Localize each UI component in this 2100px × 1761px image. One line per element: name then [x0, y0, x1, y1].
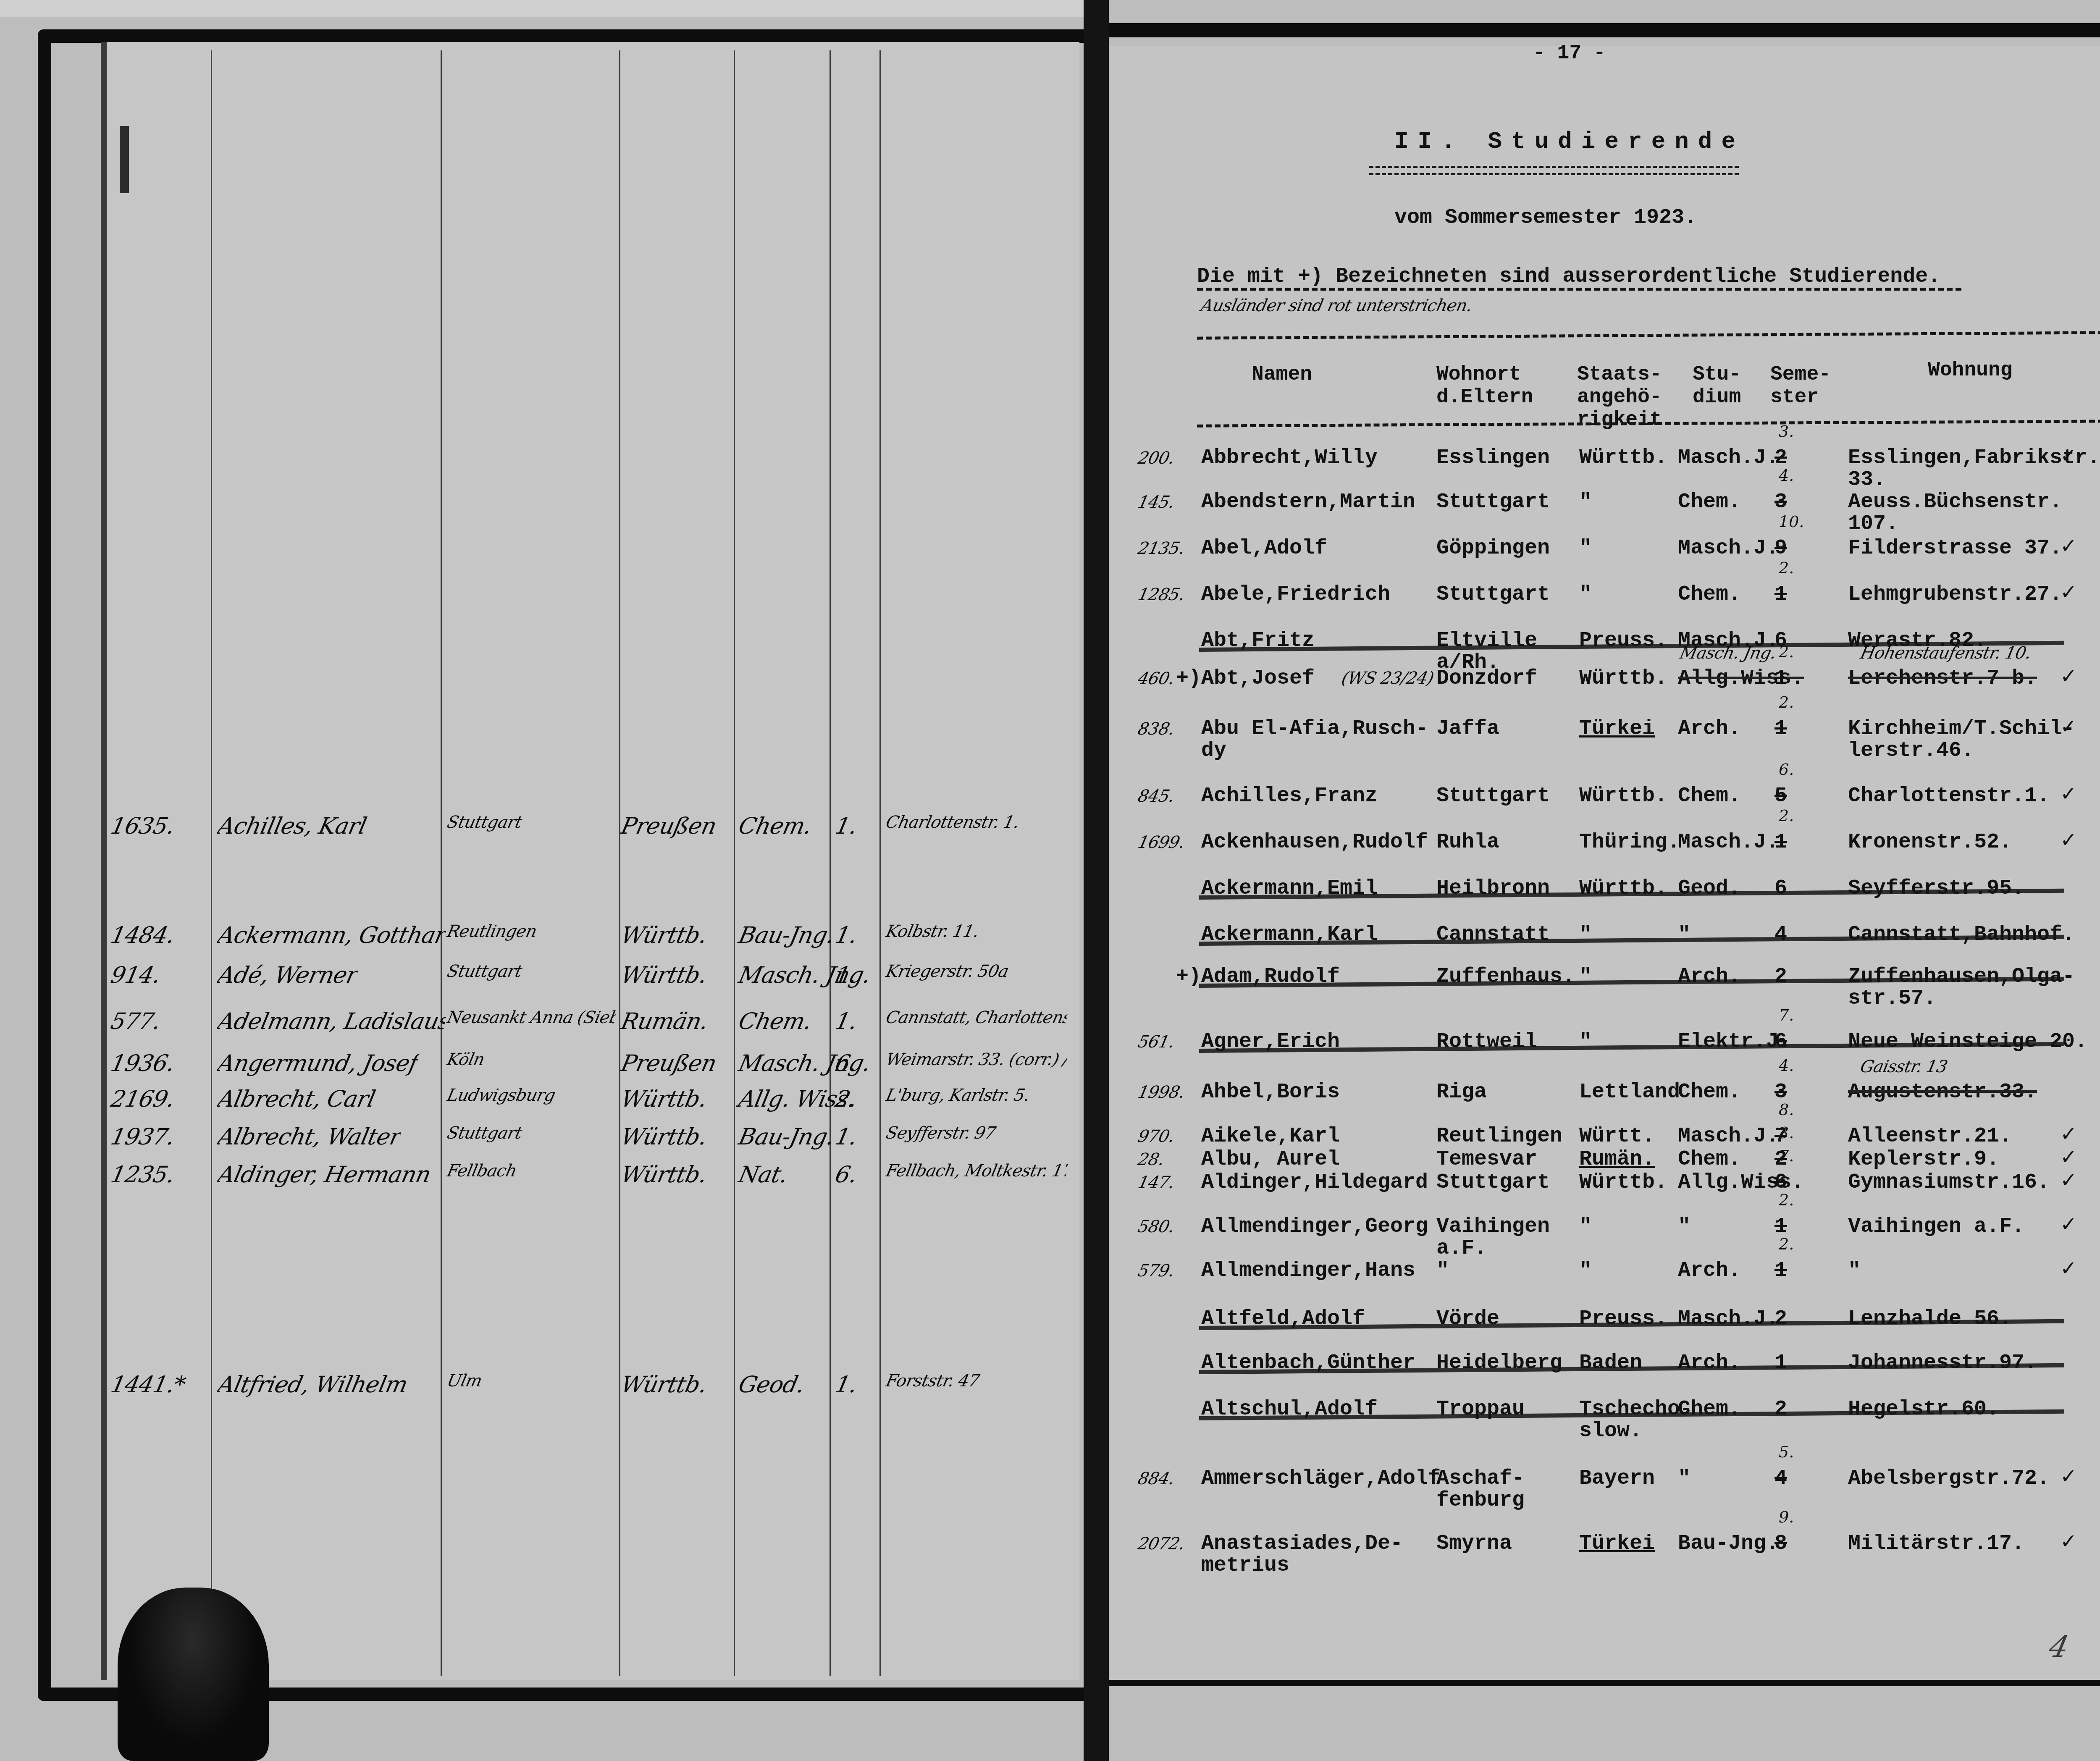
- cell-studium: Masch.J.: [1678, 832, 1779, 853]
- cell-staat: ": [1579, 1216, 1592, 1238]
- left-entry-wohnung: Fellbach, Moltkestr. 17.: [884, 1161, 1069, 1181]
- cell-staat: Württ.: [1579, 1126, 1655, 1147]
- cell-wohnung: Filderstrasse 37.: [1848, 538, 2062, 559]
- cell-nr: 845.: [1136, 785, 1176, 807]
- cell-name: Abele,Friedrich: [1201, 584, 1390, 606]
- cell-semester: 1: [1774, 718, 1787, 740]
- cell-wohnung: Kirchheim/T.Schil- lerstr.46.: [1848, 718, 2075, 762]
- semester-correction: 4.: [1779, 466, 1794, 485]
- cell-studium: Chem.: [1678, 1149, 1741, 1171]
- cell-name: Allmendinger,Georg: [1201, 1216, 1428, 1238]
- cell-wohnung: Gymnasiumstr.16.: [1848, 1172, 2050, 1194]
- semester-correction: 6.: [1779, 760, 1794, 779]
- cell-wohnort: Riga: [1436, 1081, 1487, 1103]
- cell-staat: Tschecho- slow.: [1579, 1399, 1693, 1442]
- cell-wohnung: ": [1848, 1260, 1861, 1282]
- checkmark-icon: ✓: [2060, 1168, 2077, 1192]
- cell-name: Achilles,Franz: [1201, 785, 1378, 807]
- cell-wohnung: Zuffenhausen,Olga- str.57.: [1848, 966, 2075, 1010]
- cell-semester: 4: [1774, 924, 1787, 946]
- cell-wohnung: Vaihingen a.F.: [1848, 1216, 2024, 1238]
- column-ruling-line: [734, 50, 735, 1676]
- left-entry-wohnort: Neusankt Anna (Siebenb.): [445, 1008, 617, 1027]
- cell-studium: ": [1678, 924, 1690, 946]
- column-ruling-line: [211, 50, 212, 1676]
- cell-semester: 2: [1774, 1308, 1787, 1330]
- left-entry-studium: Geod.: [736, 1371, 807, 1398]
- column-header-staatsangehoerigkeit: Staats- angehö- rigkeit: [1577, 363, 1662, 431]
- cell-nr: 1285.: [1136, 584, 1186, 606]
- checkmark-icon: ✓: [2060, 580, 2077, 604]
- left-entry-wohnung: Charlottenstr. 1.: [884, 813, 1021, 832]
- cell-wohnort: Stuttgart: [1436, 785, 1550, 807]
- cell-name: Abendstern,Martin: [1201, 491, 1415, 513]
- cell-semester: 8: [1774, 1533, 1787, 1555]
- left-entry-name: Achilles, Karl: [215, 813, 369, 839]
- wohnung-correction: Hohenstaufenstr. 10.: [1858, 643, 2033, 663]
- left-entry-studium: Chem.: [736, 813, 814, 839]
- cell-name: Abt,Josef: [1201, 668, 1315, 690]
- left-entry-name: Adé, Werner: [215, 962, 360, 988]
- binding-tab: [120, 126, 129, 193]
- cell-wohnort: ": [1436, 1260, 1449, 1282]
- left-entry-name: Angermund, Josef: [215, 1050, 420, 1076]
- semester-correction: 5.: [1779, 1443, 1794, 1461]
- left-entry-staat: Rumän.: [619, 1008, 710, 1034]
- checkmark-icon: ✓: [2060, 1464, 2077, 1488]
- cell-wohnung: Charlottenstr.1.: [1848, 785, 2050, 807]
- column-ruling-line: [619, 50, 620, 1676]
- left-entry-wohnung: Cannstatt, Charlottenstr. (struck): [884, 1008, 1069, 1027]
- cell-wohnort: Ruhla: [1436, 832, 1499, 853]
- cell-name: Ahbel,Boris: [1201, 1081, 1340, 1103]
- cell-semester: 3: [1774, 491, 1787, 513]
- left-entry-wohnung: Kolbstr. 11.: [884, 922, 980, 941]
- cell-wohnung: Lerchenstr.7 b.: [1848, 668, 2037, 690]
- cell-staat: Rumän.: [1579, 1149, 1655, 1171]
- checkmark-icon: ✓: [2060, 444, 2077, 467]
- cell-nr: 145.: [1136, 491, 1176, 513]
- cell-wohnung: Aeuss.Büchsenstr. 107.: [1848, 491, 2062, 535]
- cell-studium: Masch.J.: [1678, 1126, 1779, 1147]
- semester-correction: 8.: [1779, 1100, 1794, 1119]
- semester-correction: 2.: [1779, 643, 1794, 661]
- left-entry-wohnort: Ludwigsburg: [445, 1086, 557, 1105]
- semester-correction: 3.: [1779, 1123, 1794, 1142]
- left-entry-nr: 2169.: [108, 1086, 177, 1112]
- column-ruling-line: [879, 50, 881, 1676]
- cell-nr: 561.: [1136, 1031, 1176, 1053]
- column-header-namen: Namen: [1252, 363, 1312, 386]
- cell-wohnort: Stuttgart: [1436, 584, 1550, 606]
- cell-wohnort: Jaffa: [1436, 718, 1499, 740]
- cell-nr: 147.: [1136, 1172, 1176, 1194]
- cell-nr: 580.: [1136, 1216, 1176, 1238]
- cell-studium: Chem.: [1678, 1081, 1741, 1103]
- cell-staat: Türkei: [1579, 1533, 1655, 1555]
- cell-staat: Württb.: [1579, 785, 1667, 807]
- cell-nr: 884.: [1136, 1468, 1176, 1490]
- cell-staat: Württb.: [1579, 447, 1667, 469]
- cell-nr: 1699.: [1136, 832, 1186, 853]
- cell-staat: Bayern: [1579, 1468, 1655, 1490]
- left-entry-studium: Bau-Jng.: [736, 922, 836, 948]
- cell-staat: Lettland: [1579, 1081, 1680, 1103]
- left-entry-nr: 577.: [108, 1008, 163, 1034]
- cell-wohnung: Hegelstr.60.: [1848, 1399, 1999, 1420]
- left-entry-name: Albrecht, Carl: [215, 1086, 378, 1112]
- cell-wohnung: Abelsbergstr.72.: [1848, 1468, 2050, 1490]
- cell-nr: 838.: [1136, 718, 1176, 740]
- left-entry-studium: Nat.: [736, 1161, 790, 1188]
- left-entry-nr: 1484.: [108, 922, 177, 948]
- cell-name: Abbrecht,Willy: [1201, 447, 1378, 469]
- cell-wohnort: Esslingen: [1436, 447, 1550, 469]
- cell-wohnung: Lenzhalde 56.: [1848, 1308, 2012, 1330]
- cell-studium: Masch.J.: [1678, 1308, 1779, 1330]
- cell-studium: ": [1678, 1216, 1690, 1238]
- cell-semester: 6: [1774, 878, 1787, 900]
- left-entry-wohnort: Stuttgart: [445, 1123, 524, 1143]
- checkmark-icon: ✓: [2060, 828, 2077, 852]
- left-entry-nr: 1235.: [108, 1161, 177, 1188]
- cell-wohnung: Militärstr.17.: [1848, 1533, 2024, 1555]
- left-entry-staat: Württb.: [619, 1371, 709, 1398]
- cell-wohnort: Göppingen: [1436, 538, 1550, 559]
- left-entry-studium: Bau-Jng.: [736, 1123, 836, 1150]
- book-spine: [1084, 0, 1109, 1761]
- cell-name: Aldinger,Hildegard: [1201, 1172, 1428, 1194]
- cell-nr: 970.: [1136, 1126, 1176, 1147]
- cell-semester: 1: [1774, 584, 1787, 606]
- left-entry-staat: Preußen: [619, 813, 719, 839]
- checkmark-icon: ✓: [2060, 1257, 2077, 1280]
- cell-nr: 579.: [1136, 1260, 1176, 1282]
- column-ruling-line: [441, 50, 442, 1676]
- checkmark-icon: ✓: [2060, 664, 2077, 688]
- semester-correction: 10.: [1779, 512, 1804, 531]
- semester-correction: 2.: [1779, 1235, 1794, 1253]
- left-entry-nr: 914.: [108, 962, 163, 988]
- cell-name: Ammerschläger,Adolf: [1201, 1468, 1441, 1490]
- cell-staat: ": [1579, 491, 1592, 513]
- left-entry-staat: Württb.: [619, 922, 709, 948]
- cell-wohnung: Alleenstr.21.: [1848, 1126, 2012, 1147]
- left-entry-staat: Württb.: [619, 962, 709, 988]
- legend-note: Die mit +) Bezeichneten sind ausserorden…: [1197, 265, 1940, 289]
- semester-correction: 7.: [1779, 1006, 1794, 1024]
- cell-wohnung: Lehmgrubenstr.27.: [1848, 584, 2062, 606]
- cell-wohnung: Seyfferstr.95.: [1848, 878, 2024, 900]
- cell-mark: +): [1176, 668, 1201, 690]
- cell-name: Aikele,Karl: [1201, 1126, 1340, 1147]
- cell-name: Allmendinger,Hans: [1201, 1260, 1415, 1282]
- cell-semester: 2: [1774, 966, 1787, 988]
- cell-mark: +): [1176, 966, 1201, 988]
- left-entry-wohnung: Weimarstr. 33. (corr.) / …str. 31. (stru…: [884, 1050, 1069, 1069]
- cell-studium: Arch.: [1678, 1260, 1741, 1282]
- checkmark-icon: ✓: [2060, 715, 2077, 738]
- cell-wohnort: Stuttgart: [1436, 491, 1550, 513]
- cell-nr: 1998.: [1136, 1081, 1186, 1103]
- wohnung-correction: Gaisstr. 13: [1858, 1057, 1949, 1076]
- checkmark-icon: ✓: [2060, 782, 2077, 806]
- left-entry-nr: 1936.: [108, 1050, 177, 1076]
- cell-semester: 1: [1774, 668, 1787, 690]
- left-entry-staat: Preußen: [619, 1050, 719, 1076]
- cell-studium: Chem.: [1678, 1399, 1741, 1420]
- cell-wohnort: Temesvar: [1436, 1149, 1537, 1171]
- cell-nr: 2072.: [1136, 1533, 1186, 1555]
- left-entry-wohnort: Fellbach: [445, 1161, 518, 1181]
- left-entry-name: Aldinger, Hermann: [215, 1161, 433, 1188]
- semester-correction: 4.: [1779, 1056, 1794, 1075]
- cell-name: Anastasiades,De- metrius: [1201, 1533, 1403, 1577]
- cell-studium: Chem.: [1678, 584, 1741, 606]
- cell-semester: 1: [1774, 1260, 1787, 1282]
- cell-name: Abu El-Afia,Rusch- dy: [1201, 718, 1428, 762]
- semester-correction: 7.: [1779, 1147, 1794, 1165]
- left-entry-nr: 1937.: [108, 1123, 177, 1150]
- semester-correction: 2.: [1779, 1191, 1794, 1209]
- left-page: [101, 42, 1079, 1680]
- cell-name: Ackenhausen,Rudolf: [1201, 832, 1428, 853]
- cell-semester: 1: [1774, 832, 1787, 853]
- cell-studium: Arch.: [1678, 718, 1741, 740]
- left-entry-name: Altfried, Wilhelm: [215, 1371, 410, 1398]
- title-double-rule: [1369, 166, 1739, 175]
- left-entry-wohnung: Kriegerstr. 50a: [884, 962, 1010, 981]
- column-ruling-line: [829, 50, 831, 1676]
- thumb-holding-page: [118, 1588, 269, 1761]
- cell-staat: Württb.: [1579, 668, 1667, 690]
- left-entry-wohnort: Stuttgart: [445, 962, 524, 981]
- cell-staat: ": [1579, 1260, 1592, 1282]
- cell-nr: 460.: [1136, 668, 1176, 690]
- cell-wohnort: Stuttgart: [1436, 1172, 1550, 1194]
- cell-studium: Geod.: [1678, 878, 1741, 900]
- page-number: - 17 -: [1533, 42, 1606, 65]
- cell-studium: Masch.J.: [1678, 538, 1779, 559]
- cell-staat: ": [1579, 538, 1592, 559]
- left-entry-name: Adelmann, Ladislaus: [215, 1008, 448, 1034]
- cell-wohnung: Keplerstr.9.: [1848, 1149, 1999, 1171]
- cell-semester: 1: [1774, 1352, 1787, 1374]
- column-header-wohnort: Wohnort d.Eltern: [1436, 363, 1533, 409]
- cell-nr: 200.: [1136, 447, 1176, 469]
- left-entry-nr: 1441.*: [108, 1371, 188, 1398]
- left-entry-wohnung: Forststr. 47: [884, 1371, 981, 1391]
- left-entry-staat: Württb.: [619, 1123, 709, 1150]
- legend-underline: [1197, 288, 1961, 291]
- cell-studium: Arch.: [1678, 966, 1741, 988]
- background-top: [0, 0, 1100, 17]
- left-entry-wohnort: Köln: [445, 1050, 486, 1069]
- cell-semester: 6: [1774, 1031, 1787, 1053]
- left-entry-wohnort: Ulm: [445, 1371, 483, 1391]
- cell-wohnort: Smyrna: [1436, 1533, 1512, 1555]
- cell-studium: Chem.: [1678, 785, 1741, 807]
- cell-wohnung: Kronenstr.52.: [1848, 832, 2012, 853]
- cell-staat: Württb.: [1579, 1172, 1667, 1194]
- left-entry-wohnort: Reutlingen: [445, 922, 538, 941]
- cell-semester: 2: [1774, 1399, 1787, 1420]
- left-entry-staat: Württb.: [619, 1161, 709, 1188]
- column-header-semester: Seme- ster: [1770, 363, 1831, 409]
- cell-wohnort: Vaihingen a.F.: [1436, 1216, 1550, 1260]
- cell-name-note: (WS 23/24): [1340, 669, 1435, 688]
- checkmark-icon: ✓: [2060, 1122, 2077, 1146]
- left-entry-staat: Württb.: [619, 1086, 709, 1112]
- left-entry-name: Ackermann, Gotthard: [215, 922, 448, 948]
- studium-correction: Masch. Jng.: [1678, 643, 1778, 663]
- cell-nr: 2135.: [1136, 538, 1186, 559]
- cell-studium: Arch.: [1678, 1352, 1741, 1374]
- left-entry-wohnung: L'burg, Karlstr. 5.: [884, 1086, 1031, 1105]
- cell-staat: Thüring.: [1579, 832, 1680, 853]
- cell-studium: ": [1678, 1468, 1690, 1490]
- page-title: II. Studierende: [1394, 128, 1745, 155]
- left-entry-studium: Chem.: [736, 1008, 814, 1034]
- cell-name: Albu, Aurel: [1201, 1149, 1340, 1171]
- semester-correction: 2.: [1779, 806, 1794, 825]
- left-entry-wohnung: Seyfferstr. 97: [884, 1123, 997, 1143]
- cell-studium: Masch.J.: [1678, 447, 1779, 469]
- cell-wohnort: Reutlingen: [1436, 1126, 1562, 1147]
- left-entry-name: Albrecht, Walter: [215, 1123, 403, 1150]
- handwritten-note: Ausländer sind rot unterstrichen.: [1199, 296, 1474, 315]
- left-entry-nr: 1635.: [108, 813, 177, 839]
- page-subtitle: vom Sommersemester 1923.: [1394, 206, 1697, 230]
- semester-correction: 3.: [1779, 422, 1794, 441]
- left-entry-wohnort: Stuttgart: [445, 813, 524, 832]
- cell-name: Abel,Adolf: [1201, 538, 1327, 559]
- cell-wohnort: Aschaf- fenburg: [1436, 1468, 1525, 1512]
- checkmark-icon: ✓: [2060, 1145, 2077, 1169]
- semester-correction: 9.: [1779, 1508, 1794, 1526]
- cell-semester: 9: [1774, 538, 1787, 559]
- column-header-wohnung: Wohnung: [1928, 359, 2013, 382]
- cell-nr: 28.: [1136, 1149, 1166, 1171]
- cell-wohnung: Augustenstr.33.: [1848, 1081, 2037, 1103]
- checkmark-icon: ✓: [2060, 534, 2077, 558]
- cell-semester: 4: [1774, 1468, 1787, 1490]
- cell-studium: Chem.: [1678, 491, 1741, 513]
- cell-semester: 5: [1774, 785, 1787, 807]
- column-header-studium: Stu- dium: [1693, 363, 1741, 409]
- checkmark-icon: ✓: [2060, 1530, 2077, 1553]
- cell-staat: ": [1579, 584, 1592, 606]
- cell-staat: Türkei: [1579, 718, 1655, 740]
- semester-correction: 2.: [1779, 559, 1794, 577]
- cell-wohnort: Donzdorf: [1436, 668, 1537, 690]
- semester-correction: 2.: [1779, 693, 1794, 711]
- checkmark-icon: ✓: [2060, 1212, 2077, 1236]
- cell-studium: Bau-Jng.: [1678, 1533, 1779, 1555]
